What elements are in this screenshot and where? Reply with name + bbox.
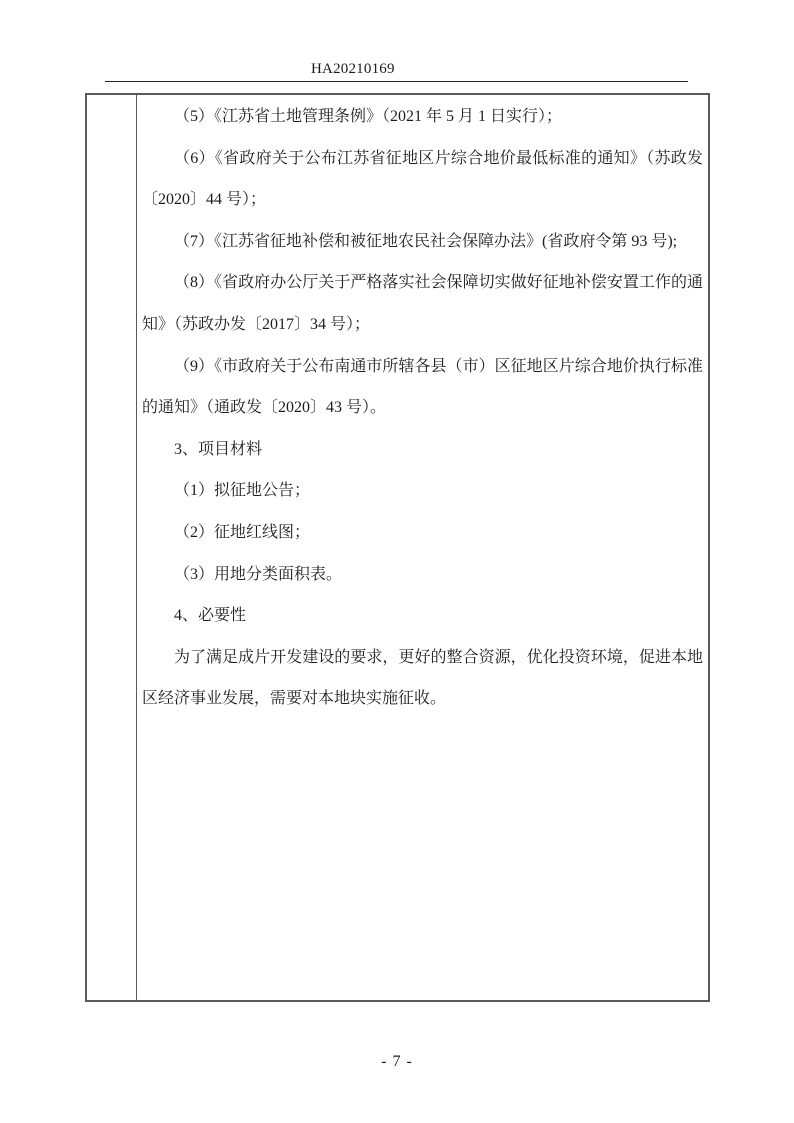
paragraph-text: 为了满足成片开发建设的要求，更好的整合资源，优化投资环境，促进本地区经济事业发展…: [142, 637, 703, 720]
paragraph-text: 3、项目材料: [142, 429, 703, 471]
paragraph-text: （3）用地分类面积表。: [142, 554, 703, 596]
paragraph-text: 4、必要性: [142, 595, 703, 637]
paragraph-text: （7）《江苏省征地补偿和被征地农民社会保障办法》(省政府令第 93 号);: [142, 221, 703, 263]
paragraph-text: （9）《市政府关于公布南通市所辖各县（市）区征地区片综合地价执行标准的通知》（通…: [142, 346, 703, 429]
document-page: HA20210169 （5）《江苏省土地管理条例》（2021 年 5 月 1 日…: [0, 0, 794, 1123]
document-table: （5）《江苏省土地管理条例》（2021 年 5 月 1 日实行）；（6）《省政府…: [85, 93, 710, 1002]
paragraph-text: （5）《江苏省土地管理条例》（2021 年 5 月 1 日实行）；: [142, 96, 703, 138]
page-number: - 7 -: [0, 1050, 794, 1074]
table-content-cell: （5）《江苏省土地管理条例》（2021 年 5 月 1 日实行）；（6）《省政府…: [137, 95, 708, 1000]
paragraph-text: （1）拟征地公告；: [142, 470, 703, 512]
paragraph-text: （8）《省政府办公厅关于严格落实社会保障切实做好征地补偿安置工作的通知》（苏政办…: [142, 262, 703, 345]
paragraph-text: （2）征地红线图；: [142, 512, 703, 554]
header-rule: [105, 81, 688, 82]
table-label-cell: [87, 95, 137, 1000]
header-doc-number: HA20210169: [311, 60, 395, 78]
paragraph-text: （6）《省政府关于公布江苏省征地区片综合地价最低标准的通知》（苏政发〔2020〕…: [142, 138, 703, 221]
